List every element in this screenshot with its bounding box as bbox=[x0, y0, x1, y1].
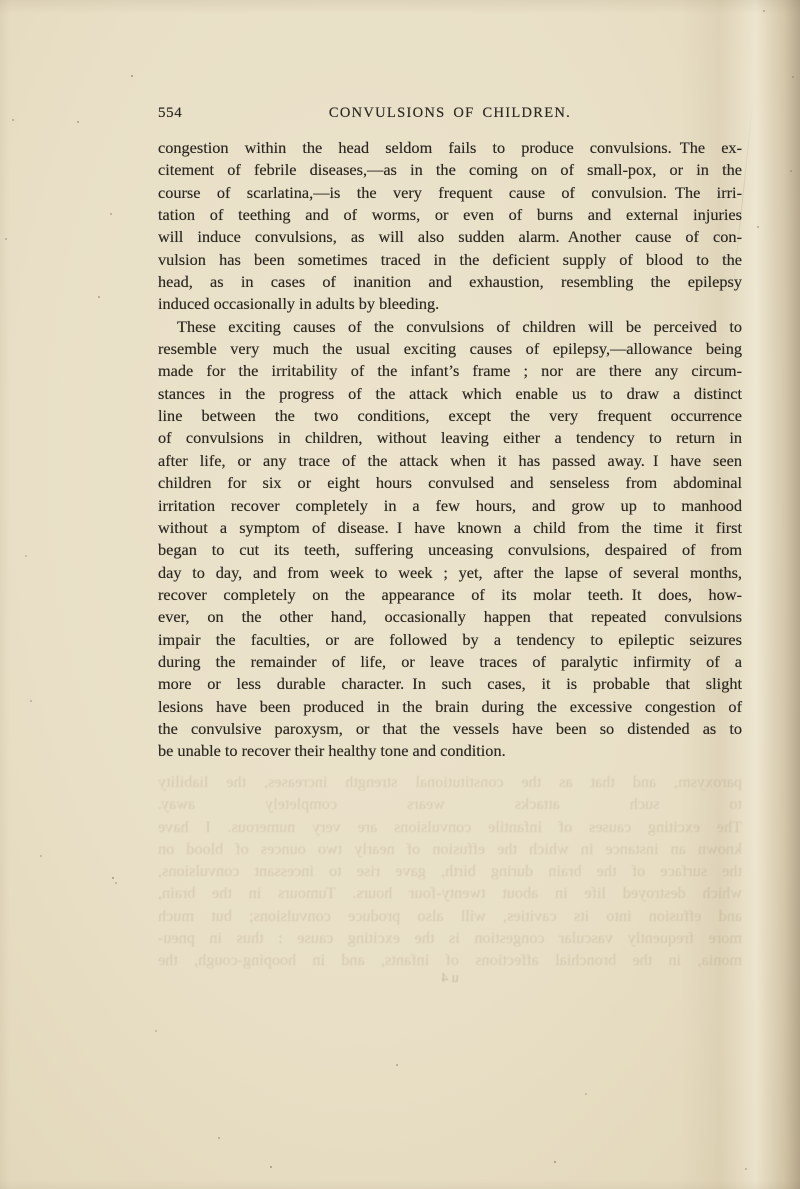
bleed-line: The exciting causes of infantile convuls… bbox=[158, 816, 742, 838]
scanned-book-page: 554 CONVULSIONS OF CHILDREN. congestion … bbox=[0, 0, 800, 1189]
text-line: be unable to recover their healthy tone … bbox=[158, 740, 742, 762]
bleed-line: known an instance in which the effusion … bbox=[158, 838, 742, 860]
bleed-line: to such attacks wears completely away. bbox=[158, 793, 742, 815]
text-line: will induce convulsions, as will also su… bbox=[158, 226, 742, 248]
text-line: lesions have been produced in the brain … bbox=[158, 696, 742, 718]
text-line: without a symptom of disease. I have kno… bbox=[158, 517, 742, 539]
text-line: head, as in cases of inanition and exhau… bbox=[158, 271, 742, 293]
paper-specks bbox=[0, 0, 2, 2]
text-line: recover completely on the appearance of … bbox=[158, 584, 742, 606]
text-line: citement of febrile diseases,—as in the … bbox=[158, 159, 742, 181]
text-line: irritation recover completely in a few h… bbox=[158, 495, 742, 517]
text-line: tation of teething and of worms, or even… bbox=[158, 204, 742, 226]
text-line: resemble very much the usual exciting ca… bbox=[158, 338, 742, 360]
bleed-line: paroxysm, and that as the constitutional… bbox=[158, 771, 742, 793]
signature-mark: u 4 bbox=[158, 971, 742, 987]
text-line: the convulsive paroxysm, or that the ves… bbox=[158, 718, 742, 740]
bleed-line: which destroyed life in about twenty-fou… bbox=[158, 882, 742, 904]
text-line: day to day, and from week to week ; yet,… bbox=[158, 562, 742, 584]
text-line: began to cut its teeth, suffering unceas… bbox=[158, 539, 742, 561]
text-line: vulsion has been sometimes traced in the… bbox=[158, 249, 742, 271]
running-title: CONVULSIONS OF CHILDREN. bbox=[158, 104, 742, 122]
bleed-line: the surface of the brain during birth, g… bbox=[158, 860, 742, 882]
text-line: children for six or eight hours convulse… bbox=[158, 472, 742, 494]
text-line: impair the faculties, or are followed by… bbox=[158, 629, 742, 651]
page-number: 554 bbox=[158, 104, 182, 122]
text-line: of convulsions in children, without leav… bbox=[158, 427, 742, 449]
text-line: ever, on the other hand, occasionally ha… bbox=[158, 606, 742, 628]
text-line: during the remainder of life, or leave t… bbox=[158, 651, 742, 673]
text-line: made for the irritability of the infant’… bbox=[158, 360, 742, 382]
bleed-line: monia, in the bronchial affections of in… bbox=[158, 949, 742, 971]
text-line: stances in the progress of the attack wh… bbox=[158, 383, 742, 405]
bleed-through-text: paroxysm, and that as the constitutional… bbox=[158, 771, 742, 972]
text-line: These exciting causes of the convulsions… bbox=[158, 316, 742, 338]
bleed-line: more frequently vascular congestion is t… bbox=[158, 927, 742, 949]
body-text: congestion within the head seldom fails … bbox=[158, 137, 742, 763]
text-line: congestion within the head seldom fails … bbox=[158, 137, 742, 159]
text-line: after life, or any trace of the attack w… bbox=[158, 450, 742, 472]
text-line: more or less durable character. In such … bbox=[158, 673, 742, 695]
bleed-line: and effusion into its cavities, will als… bbox=[158, 905, 742, 927]
text-line: line between the two conditions, except … bbox=[158, 405, 742, 427]
running-header: 554 CONVULSIONS OF CHILDREN. bbox=[158, 104, 742, 122]
text-line: induced occasionally in adults by bleedi… bbox=[158, 293, 742, 315]
text-line: course of scarlatina,—is the very freque… bbox=[158, 182, 742, 204]
